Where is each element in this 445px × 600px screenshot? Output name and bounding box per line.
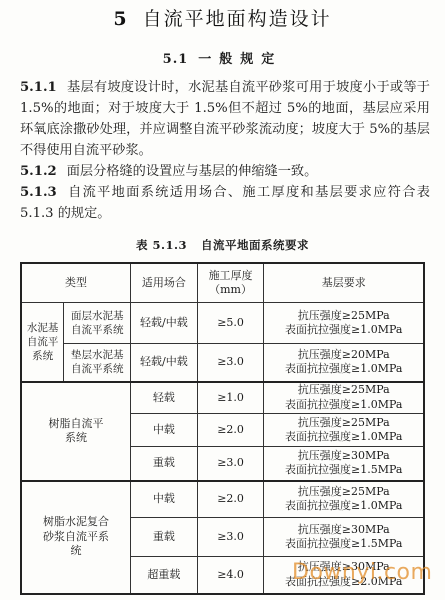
compressive-strength: 抗压强度≥30MPa [266, 560, 421, 575]
thickness-cell: ≥3.0 [197, 344, 264, 382]
tensile-strength: 表面抗拉强度≥1.5MPa [266, 537, 421, 552]
tensile-strength: 表面抗拉强度≥2.0MPa [266, 575, 421, 590]
application-cell: 超重载 [131, 557, 198, 594]
requirement-cell: 抗压强度≥25MPa表面抗拉强度≥1.0MPa [264, 414, 424, 447]
clause-5-1-3: 5.1.3自流平地面系统适用场合、施工厚度和基层要求应符合表 5.1.3 的规定… [20, 182, 430, 224]
requirement-cell: 抗压强度≥25MPa表面抗拉强度≥1.0MPa [264, 481, 424, 518]
chapter-title-text: 自流平地面构造设计 [143, 8, 332, 30]
table-row: 垫层水泥基自流平系统 轻载/中载 ≥3.0 抗压强度≥20MPa表面抗拉强度≥1… [21, 344, 424, 382]
chapter-number: 5 [113, 8, 128, 30]
application-cell: 轻载/中载 [131, 344, 198, 382]
application-cell: 中载 [131, 414, 198, 447]
tensile-strength: 表面抗拉强度≥1.5MPa [266, 463, 421, 478]
table-row: 树脂自流平系统 轻载 ≥1.0 抗压强度≥25MPa表面抗拉强度≥1.0MPa [21, 382, 424, 414]
header-thickness: 施工厚度 （mm） [197, 263, 264, 303]
application-cell: 重载 [131, 518, 198, 557]
tensile-strength: 表面抗拉强度≥1.0MPa [266, 499, 421, 514]
thickness-cell: ≥4.0 [197, 557, 264, 594]
thickness-cell: ≥2.0 [197, 481, 264, 518]
table-row: 树脂水泥复合砂浆自流平系统 中载 ≥2.0 抗压强度≥25MPa表面抗拉强度≥1… [21, 481, 424, 518]
requirement-cell: 抗压强度≥25MPa表面抗拉强度≥1.0MPa [264, 382, 424, 414]
clause-number: 5.1.2 [20, 164, 57, 179]
section-number: 5.1 [163, 52, 189, 67]
header-type: 类型 [21, 263, 131, 303]
thickness-cell: ≥5.0 [197, 303, 264, 344]
group-resin-label: 树脂自流平系统 [46, 417, 106, 446]
section-title: 5.1一般规定 [0, 48, 445, 67]
header-thickness-label: 施工厚度 [200, 269, 262, 284]
application-cell: 轻载 [131, 382, 198, 414]
table-title: 自流平地面系统要求 [201, 238, 309, 252]
group-resin-cement-composite: 树脂水泥复合砂浆自流平系统 [21, 481, 131, 594]
requirement-cell: 抗压强度≥20MPa表面抗拉强度≥1.0MPa [264, 344, 424, 382]
application-cell: 轻载/中载 [131, 303, 198, 344]
clause-5-1-2: 5.1.2面层分格缝的设置应与基层的伸缩缝一致。 [20, 161, 430, 182]
table-caption: 表 5.1.3自流平地面系统要求 [0, 237, 445, 253]
header-thickness-unit: （mm） [200, 283, 262, 298]
self-leveling-requirements-table: 类型 适用场合 施工厚度 （mm） 基层要求 水泥基自流平系统 面层水泥基自流平… [20, 262, 425, 595]
subtype-cell: 垫层水泥基自流平系统 [64, 344, 131, 382]
clause-text: 自流平地面系统适用场合、施工厚度和基层要求应符合表 5.1.3 的规定。 [20, 185, 430, 221]
thickness-cell: ≥3.0 [197, 518, 264, 557]
group-resin: 树脂自流平系统 [21, 382, 131, 481]
tensile-strength: 表面抗拉强度≥1.0MPa [266, 430, 421, 445]
thickness-cell: ≥1.0 [197, 382, 264, 414]
compressive-strength: 抗压强度≥20MPa [266, 348, 421, 363]
requirement-cell: 抗压强度≥25MPa表面抗拉强度≥1.0MPa [264, 303, 424, 344]
section-title-text: 一般规定 [198, 52, 282, 67]
clause-text: 基层有坡度设计时，水泥基自流平砂浆可用于坡度小于或等于 1.5%的地面；对于坡度… [20, 80, 430, 158]
compressive-strength: 抗压强度≥25MPa [266, 309, 421, 324]
thickness-cell: ≥2.0 [197, 414, 264, 447]
clause-text: 面层分格缝的设置应与基层的伸缩缝一致。 [67, 164, 318, 179]
compressive-strength: 抗压强度≥25MPa [266, 416, 421, 431]
table-header-row: 类型 适用场合 施工厚度 （mm） 基层要求 [21, 263, 424, 303]
requirement-cell: 抗压强度≥30MPa表面抗拉强度≥2.0MPa [264, 557, 424, 594]
requirement-cell: 抗压强度≥30MPa表面抗拉强度≥1.5MPa [264, 518, 424, 557]
compressive-strength: 抗压强度≥25MPa [266, 485, 421, 500]
compressive-strength: 抗压强度≥30MPa [266, 523, 421, 538]
header-application: 适用场合 [131, 263, 198, 303]
tensile-strength: 表面抗拉强度≥1.0MPa [266, 323, 421, 338]
compressive-strength: 抗压强度≥25MPa [266, 383, 421, 398]
application-cell: 中载 [131, 481, 198, 518]
application-cell: 重载 [131, 447, 198, 481]
chapter-title: 5自流平地面构造设计 [0, 4, 445, 31]
compressive-strength: 抗压强度≥30MPa [266, 449, 421, 464]
header-base-requirement: 基层要求 [264, 263, 424, 303]
group-composite-label: 树脂水泥复合砂浆自流平系统 [43, 515, 109, 559]
table-row: 水泥基自流平系统 面层水泥基自流平系统 轻载/中载 ≥5.0 抗压强度≥25MP… [21, 303, 424, 344]
group-cement-based: 水泥基自流平系统 [21, 303, 64, 382]
thickness-cell: ≥3.0 [197, 447, 264, 481]
clause-number: 5.1.1 [20, 80, 57, 95]
clause-5-1-1: 5.1.1基层有坡度设计时，水泥基自流平砂浆可用于坡度小于或等于 1.5%的地面… [20, 77, 430, 161]
table-number: 表 5.1.3 [136, 238, 187, 252]
tensile-strength: 表面抗拉强度≥1.0MPa [266, 398, 421, 413]
tensile-strength: 表面抗拉强度≥1.0MPa [266, 362, 421, 377]
clause-number: 5.1.3 [20, 185, 57, 200]
requirement-cell: 抗压强度≥30MPa表面抗拉强度≥1.5MPa [264, 447, 424, 481]
subtype-cell: 面层水泥基自流平系统 [64, 303, 131, 344]
